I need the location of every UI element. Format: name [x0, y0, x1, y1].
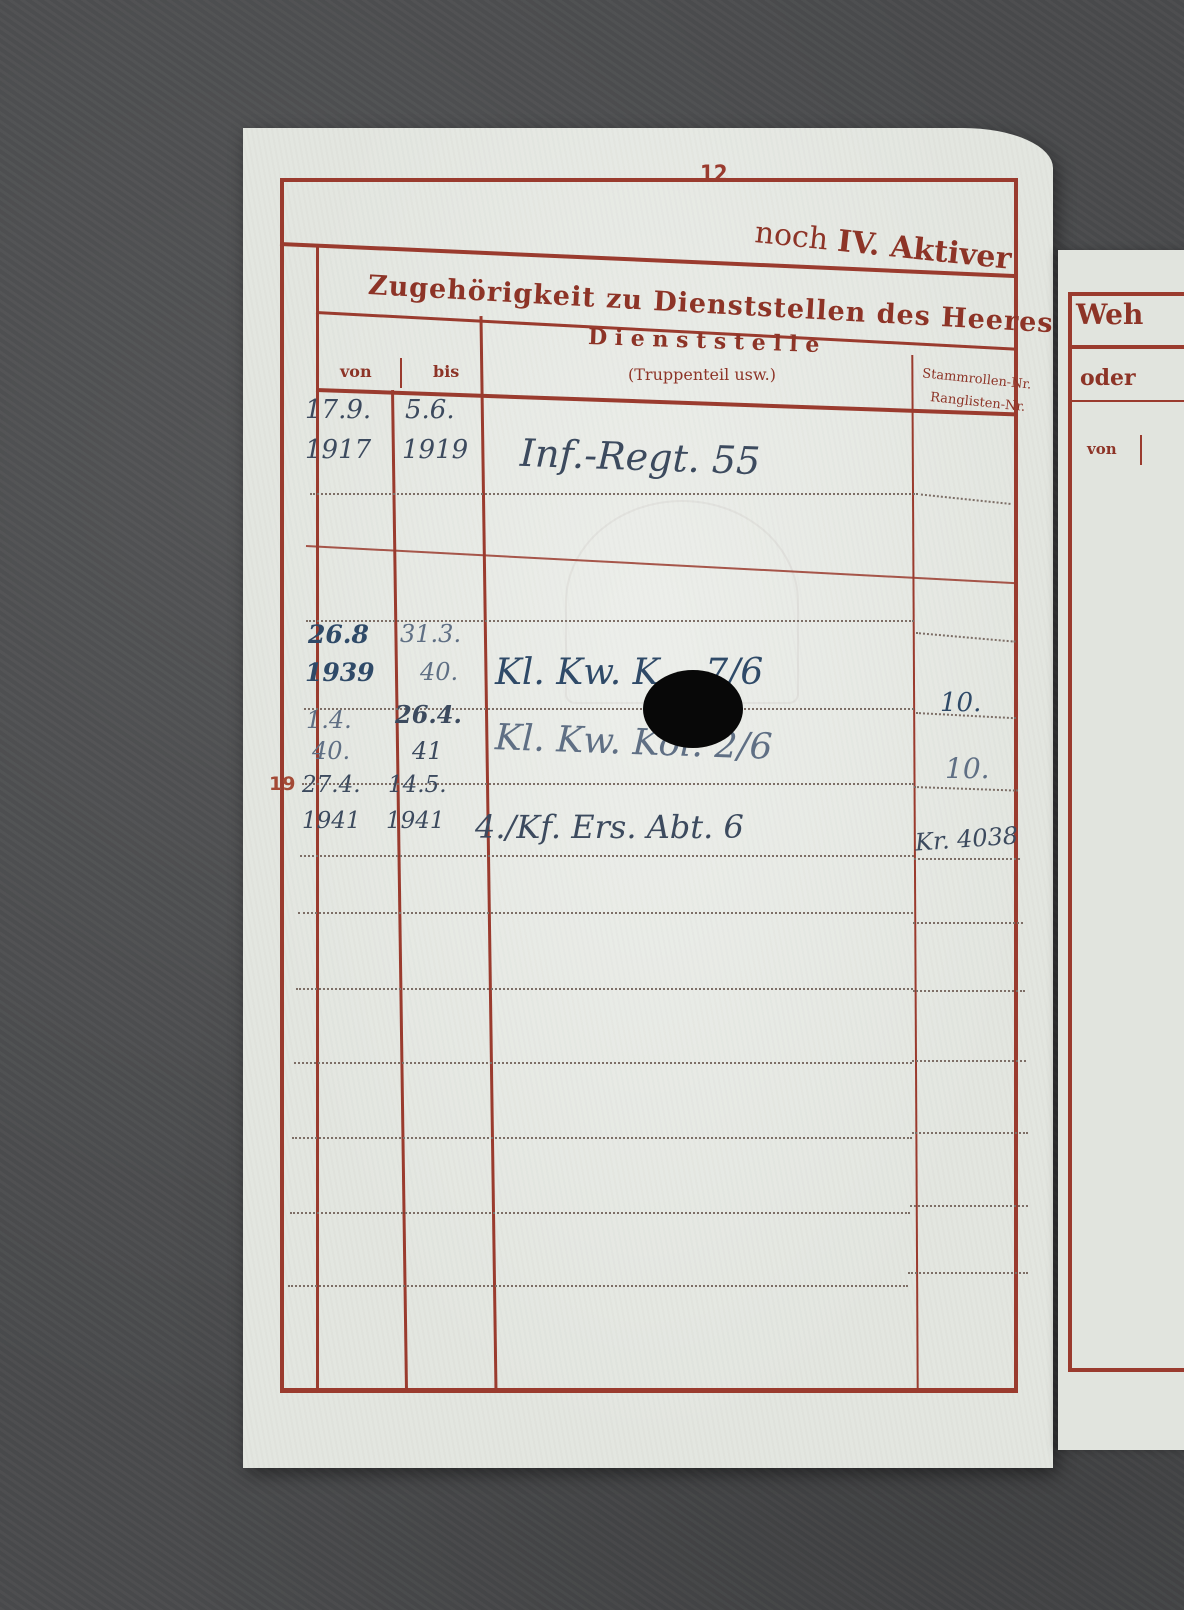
ruled-line	[908, 1272, 1028, 1274]
entry-3-von-day: 1.4.	[306, 706, 352, 734]
entry-2-bis-day: 31.3.	[400, 620, 461, 648]
entry-4-bis-year: 1941	[386, 808, 445, 834]
ruled-line	[294, 1062, 912, 1064]
ruled-line	[910, 1205, 1028, 1207]
ruled-line	[914, 858, 1020, 860]
entry-4-bis-day: 14.5.	[388, 772, 447, 798]
ruled-line	[290, 1212, 910, 1214]
censor-dot	[643, 670, 743, 748]
ruled-line	[288, 1285, 908, 1287]
facing-page-title: Weh	[1076, 298, 1143, 331]
entry-4-dienststelle: 4./Kf. Ers. Abt. 6	[475, 808, 744, 846]
ruled-line	[298, 912, 913, 914]
ruled-line	[296, 988, 913, 990]
ruled-line	[300, 855, 914, 857]
col-header-dienststelle-sub: (Truppenteil usw.)	[628, 365, 776, 384]
entry-1-dienststelle: Inf.-Regt. 55	[519, 431, 761, 483]
facing-col-von: von	[1087, 440, 1117, 458]
col-header-von: von	[340, 362, 372, 381]
entry-2-bis-year: 40.	[420, 658, 458, 686]
entry-1-bis-day: 5.6.	[405, 395, 455, 425]
entry-2-von-year: 1939	[305, 658, 375, 687]
ruled-line	[306, 620, 914, 622]
entry-2-nr: 10.	[940, 688, 981, 718]
ruled-line	[913, 990, 1025, 992]
entry-1-bis-year: 1919	[402, 435, 468, 465]
col-header-bis: bis	[433, 362, 459, 381]
facing-divider	[1068, 345, 1184, 349]
entry-4-von-year: 1941	[302, 808, 361, 834]
entry-1-von-day: 17.9.	[305, 395, 371, 425]
entry-3-bis-year: 41	[412, 737, 443, 765]
von-bis-head-divider	[400, 358, 402, 388]
section-title-prefix: noch	[753, 215, 830, 257]
facing-page-subtitle: oder	[1080, 365, 1136, 391]
ruled-line	[913, 922, 1023, 924]
entry-3-bis-day: 26.4.	[395, 700, 462, 729]
ruled-line	[912, 1060, 1026, 1062]
entry-1-von-year: 1917	[305, 435, 371, 465]
entry-3-nr: 10.	[945, 752, 990, 785]
facing-page-frame	[1068, 292, 1184, 1372]
facing-divider	[1068, 400, 1184, 402]
ruled-line	[292, 1137, 912, 1139]
facing-col-divider	[1140, 435, 1142, 465]
entry-3-von-year: 40.	[312, 737, 350, 765]
ruled-line	[912, 1132, 1028, 1134]
row-marker: 19	[269, 773, 295, 795]
ruled-line	[310, 493, 915, 495]
entry-4-von-day: 27.4.	[302, 772, 361, 798]
entry-2-von-day: 26.8	[308, 620, 369, 649]
